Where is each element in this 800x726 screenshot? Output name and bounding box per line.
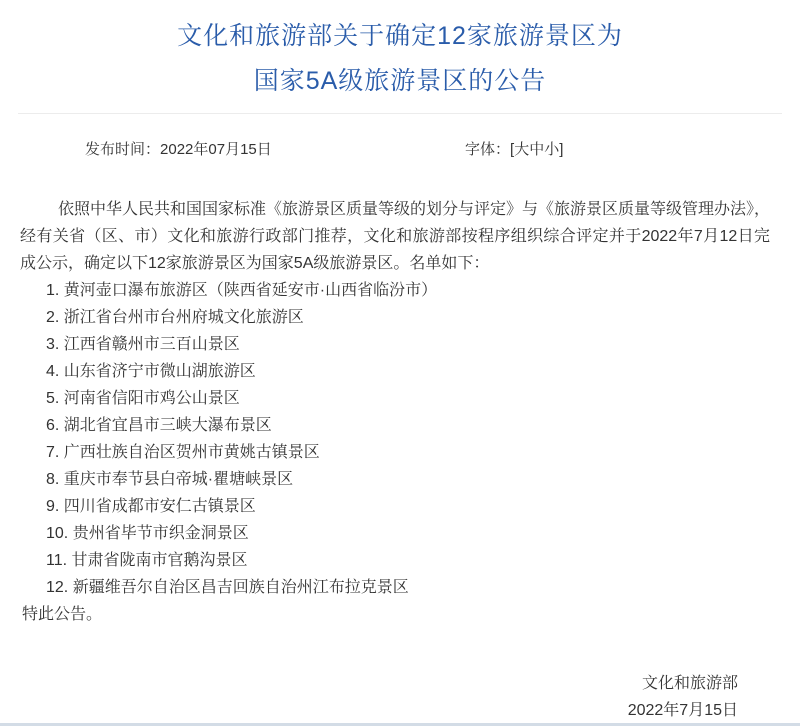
closing-statement: 特此公告。 <box>20 601 770 628</box>
publish-time: 发布时间：2022年07月15日 <box>85 138 272 159</box>
meta-row: 发布时间：2022年07月15日 字体：[大中小] <box>0 138 800 156</box>
list-item: 2. 浙江省台州市台州府城文化旅游区 <box>20 304 770 331</box>
list-item: 4. 山东省济宁市微山湖旅游区 <box>20 358 770 385</box>
list-item: 1. 黄河壶口瀑布旅游区（陕西省延安市·山西省临汾市） <box>20 277 770 304</box>
page-title-line-2: 国家5A级旅游景区的公告 <box>0 59 800 104</box>
font-size-option-large[interactable]: 大 <box>514 141 529 158</box>
intro-paragraph: 依照中华人民共和国国家标准《旅游景区质量等级的划分与评定》与《旅游景区质量等级管… <box>20 196 770 277</box>
list-item: 9. 四川省成都市安仁古镇景区 <box>20 493 770 520</box>
page-title: 文化和旅游部关于确定12家旅游景区为 国家5A级旅游景区的公告 <box>0 0 800 104</box>
list-item: 12. 新疆维吾尔自治区昌吉回族自治州江布拉克景区 <box>20 574 770 601</box>
font-size-option-medium[interactable]: 中 <box>529 141 544 158</box>
font-size-option-small[interactable]: 小 <box>544 141 559 158</box>
announcement-body: 依照中华人民共和国国家标准《旅游景区质量等级的划分与评定》与《旅游景区质量等级管… <box>0 196 800 628</box>
list-item: 10. 贵州省毕节市织金洞景区 <box>20 520 770 547</box>
font-size-bracket-close: ] <box>559 141 563 158</box>
font-size-label: 字体： <box>465 141 510 158</box>
title-divider <box>18 113 782 114</box>
page-title-line-1: 文化和旅游部关于确定12家旅游景区为 <box>0 14 800 59</box>
list-item: 6. 湖北省宜昌市三峡大瀑布景区 <box>20 412 770 439</box>
font-size-control: 字体：[大中小] <box>465 138 563 159</box>
signature-date: 2022年7月15日 <box>0 697 738 724</box>
list-item: 5. 河南省信阳市鸡公山景区 <box>20 385 770 412</box>
list-item: 3. 江西省赣州市三百山景区 <box>20 331 770 358</box>
publish-time-label: 发布时间： <box>85 141 160 158</box>
list-item: 11. 甘肃省陇南市官鹅沟景区 <box>20 547 770 574</box>
publish-time-value: 2022年07月15日 <box>160 141 272 158</box>
signature-agency: 文化和旅游部 <box>0 670 738 697</box>
signature-block: 文化和旅游部 2022年7月15日 <box>0 670 800 724</box>
announcement-page: 文化和旅游部关于确定12家旅游景区为 国家5A级旅游景区的公告 发布时间：202… <box>0 0 800 726</box>
list-item: 7. 广西壮族自治区贺州市黄姚古镇景区 <box>20 439 770 466</box>
scenic-area-list: 1. 黄河壶口瀑布旅游区（陕西省延安市·山西省临汾市） 2. 浙江省台州市台州府… <box>20 277 770 601</box>
list-item: 8. 重庆市奉节县白帝城·瞿塘峡景区 <box>20 466 770 493</box>
